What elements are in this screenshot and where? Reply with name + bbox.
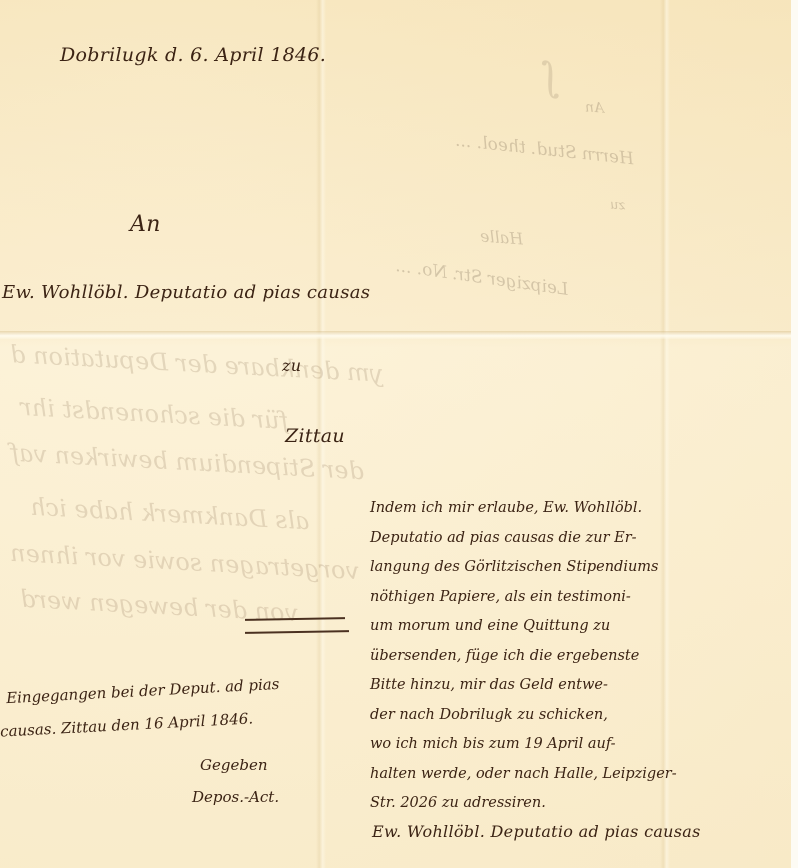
bleed-through-text: Herrn Stud. theol. ... (454, 131, 634, 170)
recipient: Ew. Wohllöbl. Deputatio ad pias causas (2, 282, 370, 303)
bleed-through-text: Halle (479, 227, 523, 249)
scan-edge (791, 0, 798, 868)
bleed-through-line: von der bewegen werd (19, 585, 298, 628)
body-line: übersenden, füge ich die ergebenste (370, 648, 790, 678)
bleed-through-text: Leipziger Str. No. ... (394, 256, 569, 300)
body-line: Str. 2026 zu adressiren. (370, 795, 790, 825)
bleed-through-flourish: ∫ (538, 54, 562, 101)
recipient-city: Zittau (285, 425, 345, 447)
body-line: der nach Dobrilugk zu schicken, (370, 707, 790, 737)
receipt-note-line: Depos.-Act. (192, 788, 279, 806)
closing-address: Ew. Wohllöbl. Deputatio ad pias causas (372, 822, 701, 841)
body-line: Bitte hinzu, mir das Geld entwe- (370, 677, 790, 707)
bleed-through-line: vorgetragen sowie vor ihnen (10, 539, 360, 585)
receipt-note-line: Eingegangen bei der Deput. ad pias (6, 675, 280, 707)
letter-page: ∫ An Herrn Stud. theol. ... zu Halle Lei… (0, 0, 791, 868)
address-an: An (130, 212, 161, 237)
bleed-through-text: zu (609, 197, 625, 213)
bleed-through-line: ym denkbare der Deputation d (10, 340, 385, 388)
receipt-note-line: Gegeben (200, 756, 267, 774)
place-date: Dobrilugk d. 6. April 1846. (60, 44, 326, 66)
bleed-through-text: An (584, 99, 604, 116)
body-line: wo ich mich bis zum 19 April auf- (370, 736, 790, 766)
body-line: um morum und eine Quittung zu (370, 618, 790, 648)
horizontal-fold (0, 331, 791, 339)
address-zu: zu (282, 356, 301, 375)
body-line: Indem ich mir erlaube, Ew. Wohllöbl. (370, 500, 790, 530)
body-line: halten werde, oder nach Halle, Leipziger… (370, 766, 790, 796)
body-line: nöthigen Papiere, als ein testimoni- (370, 589, 790, 619)
receipt-note-line: causas. Zittau den 16 April 1846. (0, 709, 254, 740)
bleed-through-line: für die schonendst ihr (19, 393, 289, 435)
bleed-through-line: als Dankmerk habe ich (29, 493, 310, 536)
body-line: Deputatio ad pias causas die zur Er- (370, 530, 790, 560)
letter-body: Indem ich mir erlaube, Ew. Wohllöbl. Dep… (370, 500, 790, 825)
body-line: langung des Görlitzischen Stipendiums (370, 559, 790, 589)
double-rule-bottom (245, 630, 349, 634)
